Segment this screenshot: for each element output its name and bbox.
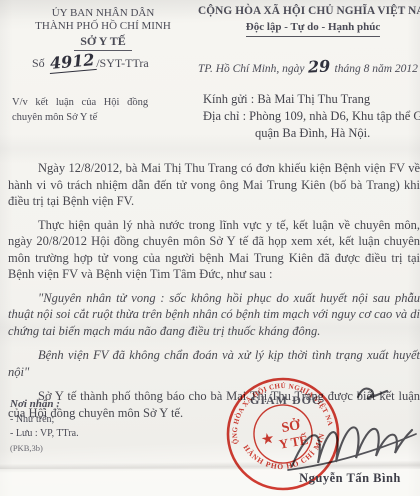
distribution-title: Nơi nhận : bbox=[10, 397, 79, 411]
national-motto-block: CỘNG HÒA XÃ HỘI CHỦ NGHĨA VIỆT NAM Độc l… bbox=[198, 5, 420, 37]
subject-block: V/v kết luận của Hội đồng chuyên môn Sở … bbox=[12, 95, 190, 125]
paragraph-complaint: Ngày 12/8/2012, bà Mai Thị Thu Trang có … bbox=[8, 160, 420, 210]
authority-line1: ỦY BAN NHÂN DÂN bbox=[8, 7, 198, 20]
paragraph-council-review: Thực hiện quản lý nhà nước trong lĩnh vự… bbox=[8, 217, 420, 283]
authority-department: SỞ Y TẾ bbox=[74, 35, 132, 51]
distribution-item: - Như trên; bbox=[10, 413, 79, 427]
dateline-day-handwritten: 29 bbox=[308, 56, 331, 76]
document-number-handwritten: 4912 bbox=[48, 50, 96, 74]
subject-line2: chuyên môn Sở Y tế bbox=[12, 110, 190, 125]
authority-line2: THÀNH PHỐ HỒ CHÍ MINH bbox=[8, 20, 198, 33]
recipient-block: Kính gửi : Bà Mai Thị Thu Trang Địa chỉ … bbox=[203, 91, 420, 142]
distribution-item: (PKB,3b) bbox=[10, 441, 79, 455]
document-number-suffix: /SYT-TTra bbox=[96, 56, 148, 70]
document-number-prefix: Số bbox=[32, 56, 45, 70]
paragraph-conclusion-quote: "Nguyên nhân tử vong : sốc không hồi phụ… bbox=[8, 290, 420, 340]
document-number: Số 4912/SYT-TTra bbox=[32, 52, 149, 72]
subject-line1: V/v kết luận của Hội đồng bbox=[12, 95, 190, 110]
national-motto: Độc lập - Tự do - Hạnh phúc bbox=[246, 21, 380, 37]
paragraph-conclusion-quote2: Bệnh viện FV đã không chẩn đoán và xử lý… bbox=[8, 347, 420, 380]
distribution-item: - Lưu : VP, TTra. bbox=[10, 427, 79, 441]
dateline-pre: TP. Hồ Chí Minh, ngày bbox=[198, 63, 305, 75]
recipient-address-line: Địa chỉ : Phòng 109, nhà D6, Khu tập thể… bbox=[203, 108, 420, 125]
recipient-to-line: Kính gửi : Bà Mai Thị Thu Trang bbox=[203, 91, 420, 108]
distribution-list: Nơi nhận : - Như trên; - Lưu : VP, TTra.… bbox=[10, 397, 79, 455]
place-dateline: TP. Hồ Chí Minh, ngày 29 tháng 8 năm 201… bbox=[198, 57, 420, 76]
scanned-letter-page: ỦY BAN NHÂN DÂN THÀNH PHỐ HỒ CHÍ MINH SỞ… bbox=[0, 0, 420, 496]
recipient-address-line2: quận Ba Đình, Hà Nội. bbox=[203, 125, 420, 142]
issuing-authority-block: ỦY BAN NHÂN DÂN THÀNH PHỐ HỒ CHÍ MINH SỞ… bbox=[8, 7, 198, 51]
dateline-post: tháng 8 năm 2012 bbox=[335, 63, 418, 75]
signer-name: Nguyễn Tấn Bình bbox=[275, 471, 420, 486]
national-title: CỘNG HÒA XÃ HỘI CHỦ NGHĨA VIỆT NAM bbox=[198, 5, 420, 17]
signature-scribble bbox=[230, 378, 420, 478]
